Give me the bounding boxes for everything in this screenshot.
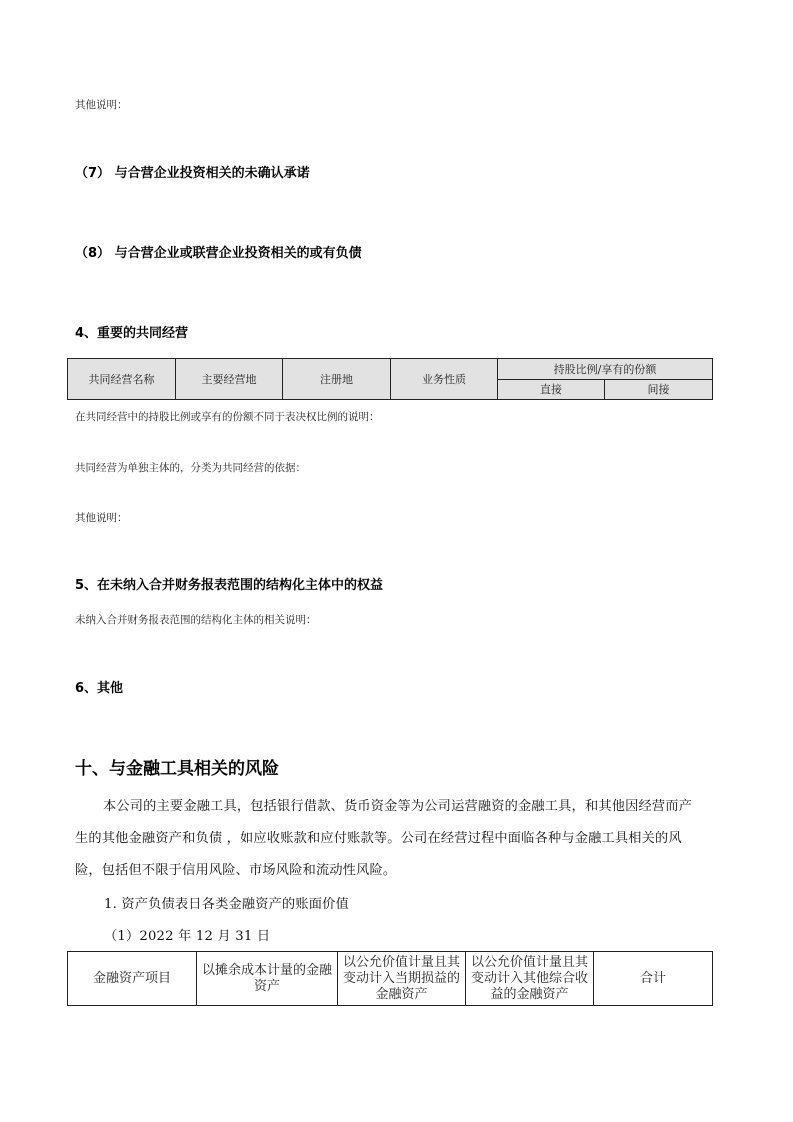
section-title-structured-entities: 5、在未纳入合并财务报表范围的结构化主体中的权益 [75, 574, 383, 593]
header-main-place-of-business: 主要经营地 [176, 359, 283, 400]
item-1-date: （1）2022 年 12 月 31 日 [104, 925, 270, 944]
heading-unrecognized-commitments: （7） 与合营企业投资相关的未确认承诺 [75, 162, 310, 181]
header-joint-operation-name: 共同经营名称 [68, 359, 176, 400]
header-fvoci: 以公允价值计量且其变动计入其他综合收益的金融资产 [466, 952, 594, 1006]
section-title-other: 6、其他 [75, 677, 123, 696]
chapter-title-financial-risk: 十、与金融工具相关的风险 [75, 754, 279, 779]
item-1-title: 1. 资产负债表日各类金融资产的账面价值 [104, 893, 349, 912]
note-separate-entity-basis: 共同经营为单独主体的，分类为共同经营的依据： [75, 460, 306, 475]
paragraph-line-3: 险，包括但不限于信用风险、市场风险和流动性风险。 [75, 859, 396, 878]
paragraph-line-1: 本公司的主要金融工具，包括银行借款、货币资金等为公司运营融资的金融工具，和其他因… [103, 795, 692, 814]
header-amortized-cost: 以摊余成本计量的金融资产 [197, 952, 338, 1006]
other-note-label-2: 其他说明： [75, 510, 128, 525]
joint-operations-table: 共同经营名称 主要经营地 注册地 业务性质 持股比例/享有的份额 直接 间接 [67, 358, 713, 400]
header-fvtpl: 以公允价值计量且其变动计入当期损益的金融资产 [338, 952, 466, 1006]
financial-assets-table: 金融资产项目 以摊余成本计量的金融资产 以公允价值计量且其变动计入当期损益的金融… [67, 951, 713, 1006]
note-shareholding-vs-voting: 在共同经营中的持股比例或享有的份额不同于表决权比例的说明： [75, 409, 380, 424]
heading-contingent-liabilities: （8） 与合营企业或联营企业投资相关的或有负债 [75, 242, 362, 261]
header-business-nature: 业务性质 [391, 359, 498, 400]
paragraph-line-2: 生的其他金融资产和负债 ，如应收账款和应付账款等。公司在经营过程中面临各种与金融… [75, 827, 682, 846]
header-place-of-registration: 注册地 [283, 359, 391, 400]
header-financial-asset-item: 金融资产项目 [68, 952, 197, 1006]
section-title-joint-operations: 4、重要的共同经营 [75, 322, 188, 341]
header-direct: 直接 [498, 379, 605, 400]
note-structured-entities: 未纳入合并财务报表范围的结构化主体的相关说明： [75, 612, 317, 627]
header-shareholding-ratio: 持股比例/享有的份额 [498, 359, 713, 380]
other-note-label: 其他说明： [75, 97, 128, 112]
header-total: 合计 [594, 952, 713, 1006]
header-indirect: 间接 [605, 379, 713, 400]
